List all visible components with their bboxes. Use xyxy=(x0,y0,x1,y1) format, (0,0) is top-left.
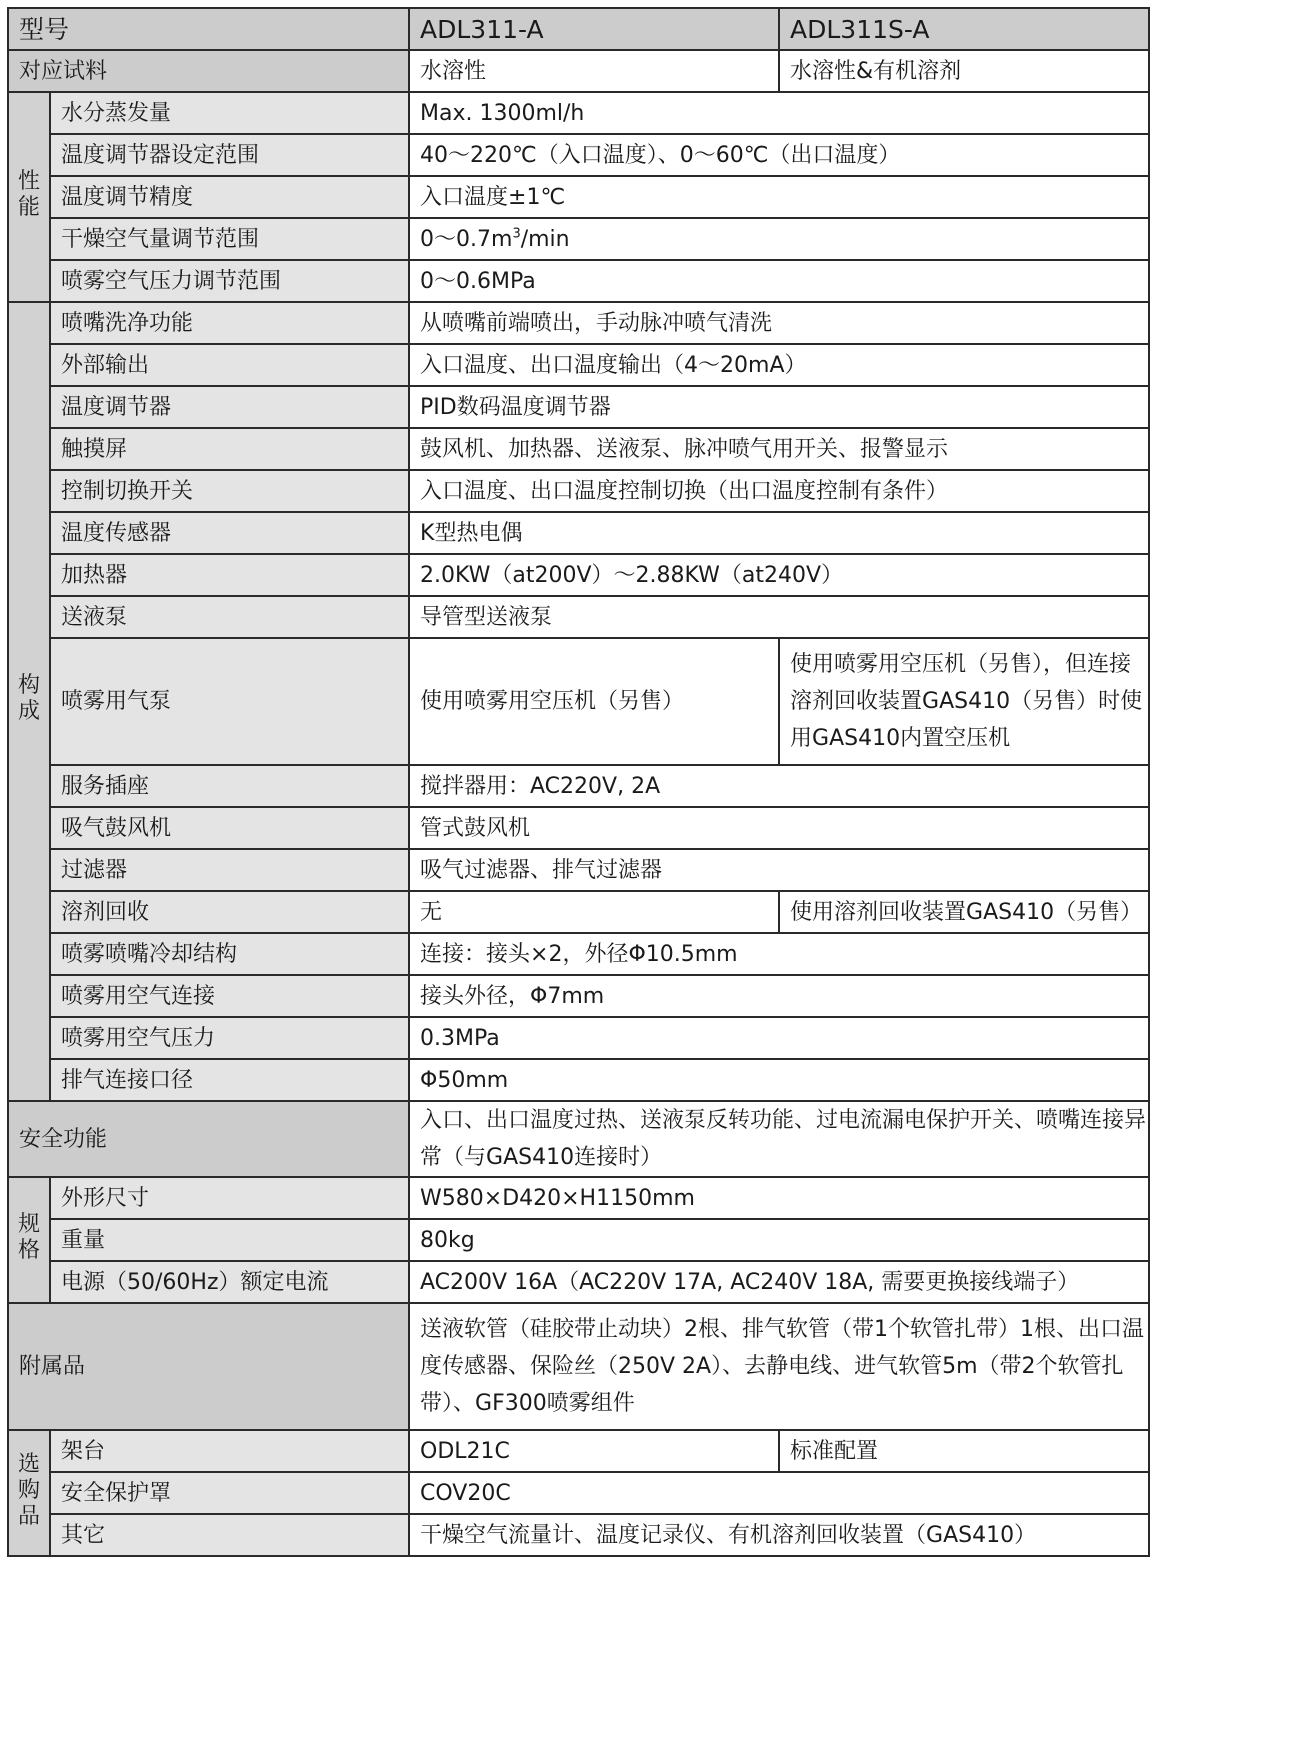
spec-table: 型号 ADL311-A ADL311S-A 对应试料 水溶性 水溶性&有机溶剂 … xyxy=(7,7,1150,1557)
table-row: 规格 外形尺寸 W580×D420×H1150mm xyxy=(8,1177,1149,1219)
row-label: 温度调节精度 xyxy=(50,176,409,218)
accessories-label: 附属品 xyxy=(8,1303,409,1430)
group-construction: 构成 xyxy=(8,302,50,1101)
row-label: 喷嘴洗净功能 xyxy=(50,302,409,344)
accessories-row: 附属品 送液软管（硅胶带止动块）2根、排气软管（带1个软管扎带）1根、出口温度传… xyxy=(8,1303,1149,1430)
row-value: 吸气过滤器、排气过滤器 xyxy=(409,849,1149,891)
table-row: 构成 喷嘴洗净功能 从喷嘴前端喷出，手动脉冲喷气清洗 xyxy=(8,302,1149,344)
row-label: 外部输出 xyxy=(50,344,409,386)
table-row: 送液泵 导管型送液泵 xyxy=(8,596,1149,638)
sample-value-a: 水溶性 xyxy=(409,50,779,92)
row-label: 过滤器 xyxy=(50,849,409,891)
safety-value: 入口、出口温度过热、送液泵反转功能、过电流漏电保护开关、喷嘴连接异常（与GAS4… xyxy=(409,1101,1149,1177)
row-value: W580×D420×H1150mm xyxy=(409,1177,1149,1219)
row-label: 喷雾用空气连接 xyxy=(50,975,409,1017)
row-value: 从喷嘴前端喷出，手动脉冲喷气清洗 xyxy=(409,302,1149,344)
row-value: K型热电偶 xyxy=(409,512,1149,554)
row-value: 管式鼓风机 xyxy=(409,807,1149,849)
row-value-b: 使用溶剂回收装置GAS410（另售） xyxy=(779,891,1149,933)
model-adl311-a: ADL311-A xyxy=(409,8,779,50)
row-value: Max. 1300ml/h xyxy=(409,92,1149,134)
row-value: 80kg xyxy=(409,1219,1149,1261)
table-row: 温度调节器设定范围 40～220℃（入口温度）、0～60℃（出口温度） xyxy=(8,134,1149,176)
sample-value-b: 水溶性&有机溶剂 xyxy=(779,50,1149,92)
row-value-a: ODL21C xyxy=(409,1430,779,1472)
row-label: 喷雾用气泵 xyxy=(50,638,409,765)
accessories-value: 送液软管（硅胶带止动块）2根、排气软管（带1个软管扎带）1根、出口温度传感器、保… xyxy=(409,1303,1149,1430)
row-value: Φ50mm xyxy=(409,1059,1149,1101)
row-label: 干燥空气量调节范围 xyxy=(50,218,409,260)
row-label: 触摸屏 xyxy=(50,428,409,470)
row-label: 温度调节器设定范围 xyxy=(50,134,409,176)
row-label: 喷雾用空气压力 xyxy=(50,1017,409,1059)
row-label: 服务插座 xyxy=(50,765,409,807)
model-adl311s-a: ADL311S-A xyxy=(779,8,1149,50)
row-value-b: 使用喷雾用空压机（另售），但连接溶剂回收装置GAS410（另售）时使用GAS41… xyxy=(779,638,1149,765)
row-value: 0～0.7m3/min xyxy=(409,218,1149,260)
row-value: 入口温度±1℃ xyxy=(409,176,1149,218)
table-row: 溶剂回收 无 使用溶剂回收装置GAS410（另售） xyxy=(8,891,1149,933)
safety-row: 安全功能 入口、出口温度过热、送液泵反转功能、过电流漏电保护开关、喷嘴连接异常（… xyxy=(8,1101,1149,1177)
row-value: 导管型送液泵 xyxy=(409,596,1149,638)
row-label: 水分蒸发量 xyxy=(50,92,409,134)
table-row: 喷雾用空气连接 接头外径，Φ7mm xyxy=(8,975,1149,1017)
row-label: 送液泵 xyxy=(50,596,409,638)
table-row: 选购品 架台 ODL21C 标准配置 xyxy=(8,1430,1149,1472)
row-label: 温度调节器 xyxy=(50,386,409,428)
row-label: 喷雾空气压力调节范围 xyxy=(50,260,409,302)
table-row: 喷雾用气泵 使用喷雾用空压机（另售） 使用喷雾用空压机（另售），但连接溶剂回收装… xyxy=(8,638,1149,765)
sample-label: 对应试料 xyxy=(8,50,409,92)
table-row: 温度调节器 PID数码温度调节器 xyxy=(8,386,1149,428)
row-label: 排气连接口径 xyxy=(50,1059,409,1101)
table-row: 喷雾喷嘴冷却结构 连接：接头×2，外径Φ10.5mm xyxy=(8,933,1149,975)
row-label: 加热器 xyxy=(50,554,409,596)
table-row: 服务插座 搅拌器用：AC220V, 2A xyxy=(8,765,1149,807)
row-value: 干燥空气流量计、温度记录仪、有机溶剂回收装置（GAS410） xyxy=(409,1514,1149,1556)
row-label: 控制切换开关 xyxy=(50,470,409,512)
row-label: 外形尺寸 xyxy=(50,1177,409,1219)
row-value: 40～220℃（入口温度）、0～60℃（出口温度） xyxy=(409,134,1149,176)
safety-label: 安全功能 xyxy=(8,1101,409,1177)
row-value: PID数码温度调节器 xyxy=(409,386,1149,428)
table-row: 吸气鼓风机 管式鼓风机 xyxy=(8,807,1149,849)
row-value-a: 使用喷雾用空压机（另售） xyxy=(409,638,779,765)
table-row: 性能 水分蒸发量 Max. 1300ml/h xyxy=(8,92,1149,134)
row-label: 架台 xyxy=(50,1430,409,1472)
row-value: 0.3MPa xyxy=(409,1017,1149,1059)
table-row: 控制切换开关 入口温度、出口温度控制切换（出口温度控制有条件） xyxy=(8,470,1149,512)
row-value: 入口温度、出口温度控制切换（出口温度控制有条件） xyxy=(409,470,1149,512)
table-row: 其它 干燥空气流量计、温度记录仪、有机溶剂回收装置（GAS410） xyxy=(8,1514,1149,1556)
row-value: 鼓风机、加热器、送液泵、脉冲喷气用开关、报警显示 xyxy=(409,428,1149,470)
group-specs: 规格 xyxy=(8,1177,50,1303)
table-row: 安全保护罩 COV20C xyxy=(8,1472,1149,1514)
table-row: 重量 80kg xyxy=(8,1219,1149,1261)
table-row: 温度调节精度 入口温度±1℃ xyxy=(8,176,1149,218)
table-row: 温度传感器 K型热电偶 xyxy=(8,512,1149,554)
row-label: 温度传感器 xyxy=(50,512,409,554)
table-row: 外部输出 入口温度、出口温度输出（4～20mA） xyxy=(8,344,1149,386)
row-label: 吸气鼓风机 xyxy=(50,807,409,849)
group-performance: 性能 xyxy=(8,92,50,302)
row-value: 连接：接头×2，外径Φ10.5mm xyxy=(409,933,1149,975)
row-label: 安全保护罩 xyxy=(50,1472,409,1514)
table-row: 喷雾用空气压力 0.3MPa xyxy=(8,1017,1149,1059)
row-value-a: 无 xyxy=(409,891,779,933)
row-label: 电源（50/60Hz）额定电流 xyxy=(50,1261,409,1303)
table-row: 排气连接口径 Φ50mm xyxy=(8,1059,1149,1101)
header-row: 型号 ADL311-A ADL311S-A xyxy=(8,8,1149,50)
row-value: 搅拌器用：AC220V, 2A xyxy=(409,765,1149,807)
row-value: COV20C xyxy=(409,1472,1149,1514)
table-row: 过滤器 吸气过滤器、排气过滤器 xyxy=(8,849,1149,891)
table-row: 喷雾空气压力调节范围 0～0.6MPa xyxy=(8,260,1149,302)
row-value: 接头外径，Φ7mm xyxy=(409,975,1149,1017)
group-options: 选购品 xyxy=(8,1430,50,1556)
row-value-b: 标准配置 xyxy=(779,1430,1149,1472)
sample-row: 对应试料 水溶性 水溶性&有机溶剂 xyxy=(8,50,1149,92)
row-label: 喷雾喷嘴冷却结构 xyxy=(50,933,409,975)
row-value: AC200V 16A（AC220V 17A, AC240V 18A, 需要更换接… xyxy=(409,1261,1149,1303)
row-value: 0～0.6MPa xyxy=(409,260,1149,302)
table-row: 触摸屏 鼓风机、加热器、送液泵、脉冲喷气用开关、报警显示 xyxy=(8,428,1149,470)
table-row: 电源（50/60Hz）额定电流 AC200V 16A（AC220V 17A, A… xyxy=(8,1261,1149,1303)
row-label: 其它 xyxy=(50,1514,409,1556)
table-row: 加热器 2.0KW（at200V）～2.88KW（at240V） xyxy=(8,554,1149,596)
row-value: 2.0KW（at200V）～2.88KW（at240V） xyxy=(409,554,1149,596)
row-value: 入口温度、出口温度输出（4～20mA） xyxy=(409,344,1149,386)
row-label: 重量 xyxy=(50,1219,409,1261)
table-row: 干燥空气量调节范围 0～0.7m3/min xyxy=(8,218,1149,260)
row-label: 溶剂回收 xyxy=(50,891,409,933)
model-label: 型号 xyxy=(8,8,409,50)
